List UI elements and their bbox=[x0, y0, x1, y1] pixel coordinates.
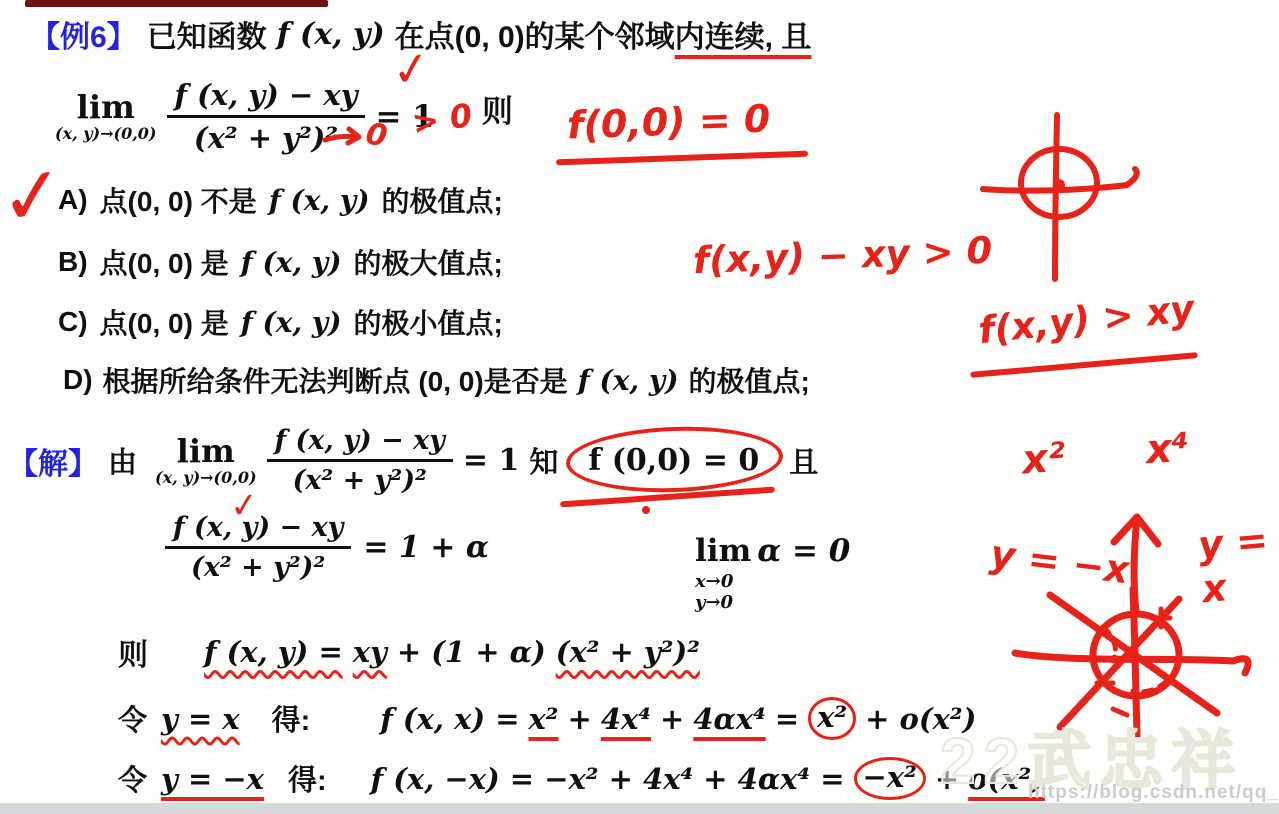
option-d-label: D) bbox=[63, 364, 93, 396]
option-a-label: A) bbox=[58, 184, 88, 216]
example-tag: 【例6】 bbox=[30, 12, 137, 56]
axes-circle-sketch bbox=[975, 107, 1165, 292]
title-end-underlined: 内连续, 且 bbox=[675, 12, 812, 56]
option-c-label: C) bbox=[58, 306, 88, 338]
then-label: 则 bbox=[118, 630, 148, 674]
lecture-slide: 【例6】 已知函数 f (x, y) 在点(0, 0)的某个邻域 内连续, 且 … bbox=[0, 0, 1279, 814]
option-d: D) 根据所给条件无法判断点 (0, 0)是否是 f (x, y) 的极值点; bbox=[63, 360, 810, 400]
get-word: 得: bbox=[272, 698, 311, 739]
limit-numerator: f (x, y) − xy bbox=[167, 78, 366, 115]
red-x2-label: x² bbox=[1020, 435, 1066, 484]
alpha-rhs: = 1 + α bbox=[363, 530, 489, 565]
then-square-term: (x² + y²)² bbox=[556, 635, 700, 669]
case1-4x4: 4x⁴ bbox=[601, 702, 651, 736]
red-checkmark: ✓ bbox=[388, 40, 434, 99]
red-x4-label: x⁴ bbox=[1145, 425, 1191, 473]
then-line: 则 f (x, y) = xy + (1 + α) (x² + y²)² bbox=[118, 630, 700, 674]
equals-sign: = bbox=[775, 702, 799, 736]
title-mid: 在点(0, 0)的某个邻域 bbox=[395, 12, 675, 56]
case-y-equals-x: 令 y = x 得: f (x, x) = x² + 4x⁴ + 4αx⁴ = … bbox=[118, 697, 976, 740]
red-underline bbox=[970, 352, 1198, 378]
option-a-post: 的极值点; bbox=[381, 180, 502, 220]
option-a-pre: 点(0, 0) 不是 bbox=[100, 180, 257, 220]
plus-sign: + bbox=[935, 762, 959, 796]
limit-numerator: f (x, y) − xy bbox=[267, 425, 453, 459]
saddle-region-sketch bbox=[1005, 585, 1270, 760]
case1-lhs: f (x, x) = bbox=[380, 702, 519, 736]
plus-sign: + bbox=[568, 702, 592, 736]
equals-one: = 1 bbox=[463, 443, 519, 478]
let-word: 令 bbox=[118, 698, 147, 739]
case2-lhs: f (x, −x) = −x² + 4x⁴ + 4αx⁴ = bbox=[371, 762, 845, 796]
case2-result-circled: −x² bbox=[854, 757, 926, 800]
option-c-fxy: f (x, y) bbox=[241, 306, 342, 339]
title-fxy: f (x, y) bbox=[277, 17, 385, 52]
option-b: B) 点(0, 0) 是 f (x, y) 的极大值点; bbox=[58, 242, 503, 282]
option-a-fxy: f (x, y) bbox=[269, 184, 370, 217]
then-mid: + (1 + α) bbox=[397, 635, 546, 669]
lim-alpha-rhs: α = 0 bbox=[757, 533, 850, 569]
then-lhs: f (x, y) = bbox=[204, 635, 343, 669]
red-underline bbox=[560, 487, 775, 508]
know-word: 知 bbox=[529, 440, 558, 481]
f00-equation: f (0,0) = 0 bbox=[574, 443, 773, 478]
case1-4ax4: 4αx⁴ bbox=[693, 702, 766, 736]
bottom-bar bbox=[0, 803, 1279, 814]
option-b-pre: 点(0, 0) 是 bbox=[100, 242, 229, 282]
get-word: 得: bbox=[288, 758, 327, 799]
solution-by: 由 bbox=[108, 440, 137, 481]
option-d-pre: 根据所给条件无法判断点 (0, 0)是否是 bbox=[103, 360, 568, 400]
option-b-label: B) bbox=[58, 246, 88, 278]
lim-word: lim bbox=[155, 436, 257, 466]
solution-line-1: 【解】 由 lim (x, y)→(0,0) f (x, y) − xy (x²… bbox=[8, 425, 818, 496]
plus-sign: + bbox=[660, 702, 684, 736]
lim-word: lim bbox=[695, 533, 751, 569]
then-xy: xy bbox=[353, 635, 387, 669]
option-d-fxy: f (x, y) bbox=[578, 364, 679, 397]
lim-word: lim bbox=[55, 92, 157, 122]
red-dot bbox=[642, 506, 650, 514]
alpha-denominator: (x² + y²)² bbox=[165, 546, 351, 583]
lim-subscript: (x, y)→(0,0) bbox=[55, 125, 157, 142]
alpha-numerator: f (x, y) − xy bbox=[165, 512, 351, 546]
alpha-equation: f (x, y) − xy (x² + y²)² = 1 + α bbox=[165, 512, 489, 583]
red-ineq2-note: f(x,y) > xy bbox=[976, 287, 1196, 352]
case1-tail: + o(x²) bbox=[865, 702, 976, 736]
and-word: 且 bbox=[789, 440, 818, 481]
option-c-pre: 点(0, 0) 是 bbox=[100, 302, 229, 342]
case1-condition: y = x bbox=[161, 702, 240, 736]
case1-result-circled: x² bbox=[808, 697, 856, 740]
top-crop-bar bbox=[25, 0, 328, 7]
case2-condition: y = −x bbox=[161, 762, 264, 796]
let-word: 令 bbox=[118, 758, 147, 799]
option-b-fxy: f (x, y) bbox=[241, 246, 342, 279]
option-d-post: 的极值点; bbox=[688, 360, 809, 400]
option-c-post: 的极小值点; bbox=[353, 302, 502, 342]
then-word: 则 bbox=[482, 86, 513, 131]
solution-tag: 【解】 bbox=[8, 439, 98, 483]
watermark-url: https://blog.csdn.net/qq_44631615 bbox=[1028, 782, 1279, 804]
option-c: C) 点(0, 0) 是 f (x, y) 的极小值点; bbox=[58, 302, 503, 342]
option-a: A) 点(0, 0) 不是 f (x, y) 的极值点; bbox=[58, 180, 503, 220]
red-ineq1-note: f(x,y) − xy > 0 bbox=[692, 229, 993, 282]
red-underline bbox=[556, 151, 808, 166]
red-arrow-icon bbox=[322, 126, 368, 150]
lim-sub-y: y→0 bbox=[695, 592, 850, 613]
lim-sub-x: x→0 bbox=[695, 571, 850, 592]
option-b-post: 的极大值点; bbox=[353, 242, 502, 282]
limit-denominator: (x² + y²)² bbox=[267, 459, 453, 496]
lim-subscript: (x, y)→(0,0) bbox=[155, 469, 257, 486]
case-y-equals-neg-x: 令 y = −x 得: f (x, −x) = −x² + 4x⁴ + 4αx⁴… bbox=[118, 757, 1045, 800]
lim-alpha-block: lim α = 0 x→0 y→0 bbox=[695, 533, 850, 613]
red-f00-note: f(0,0) = 0 bbox=[566, 96, 771, 147]
case1-x2: x² bbox=[529, 702, 559, 736]
title-lead: 已知函数 bbox=[147, 12, 267, 56]
